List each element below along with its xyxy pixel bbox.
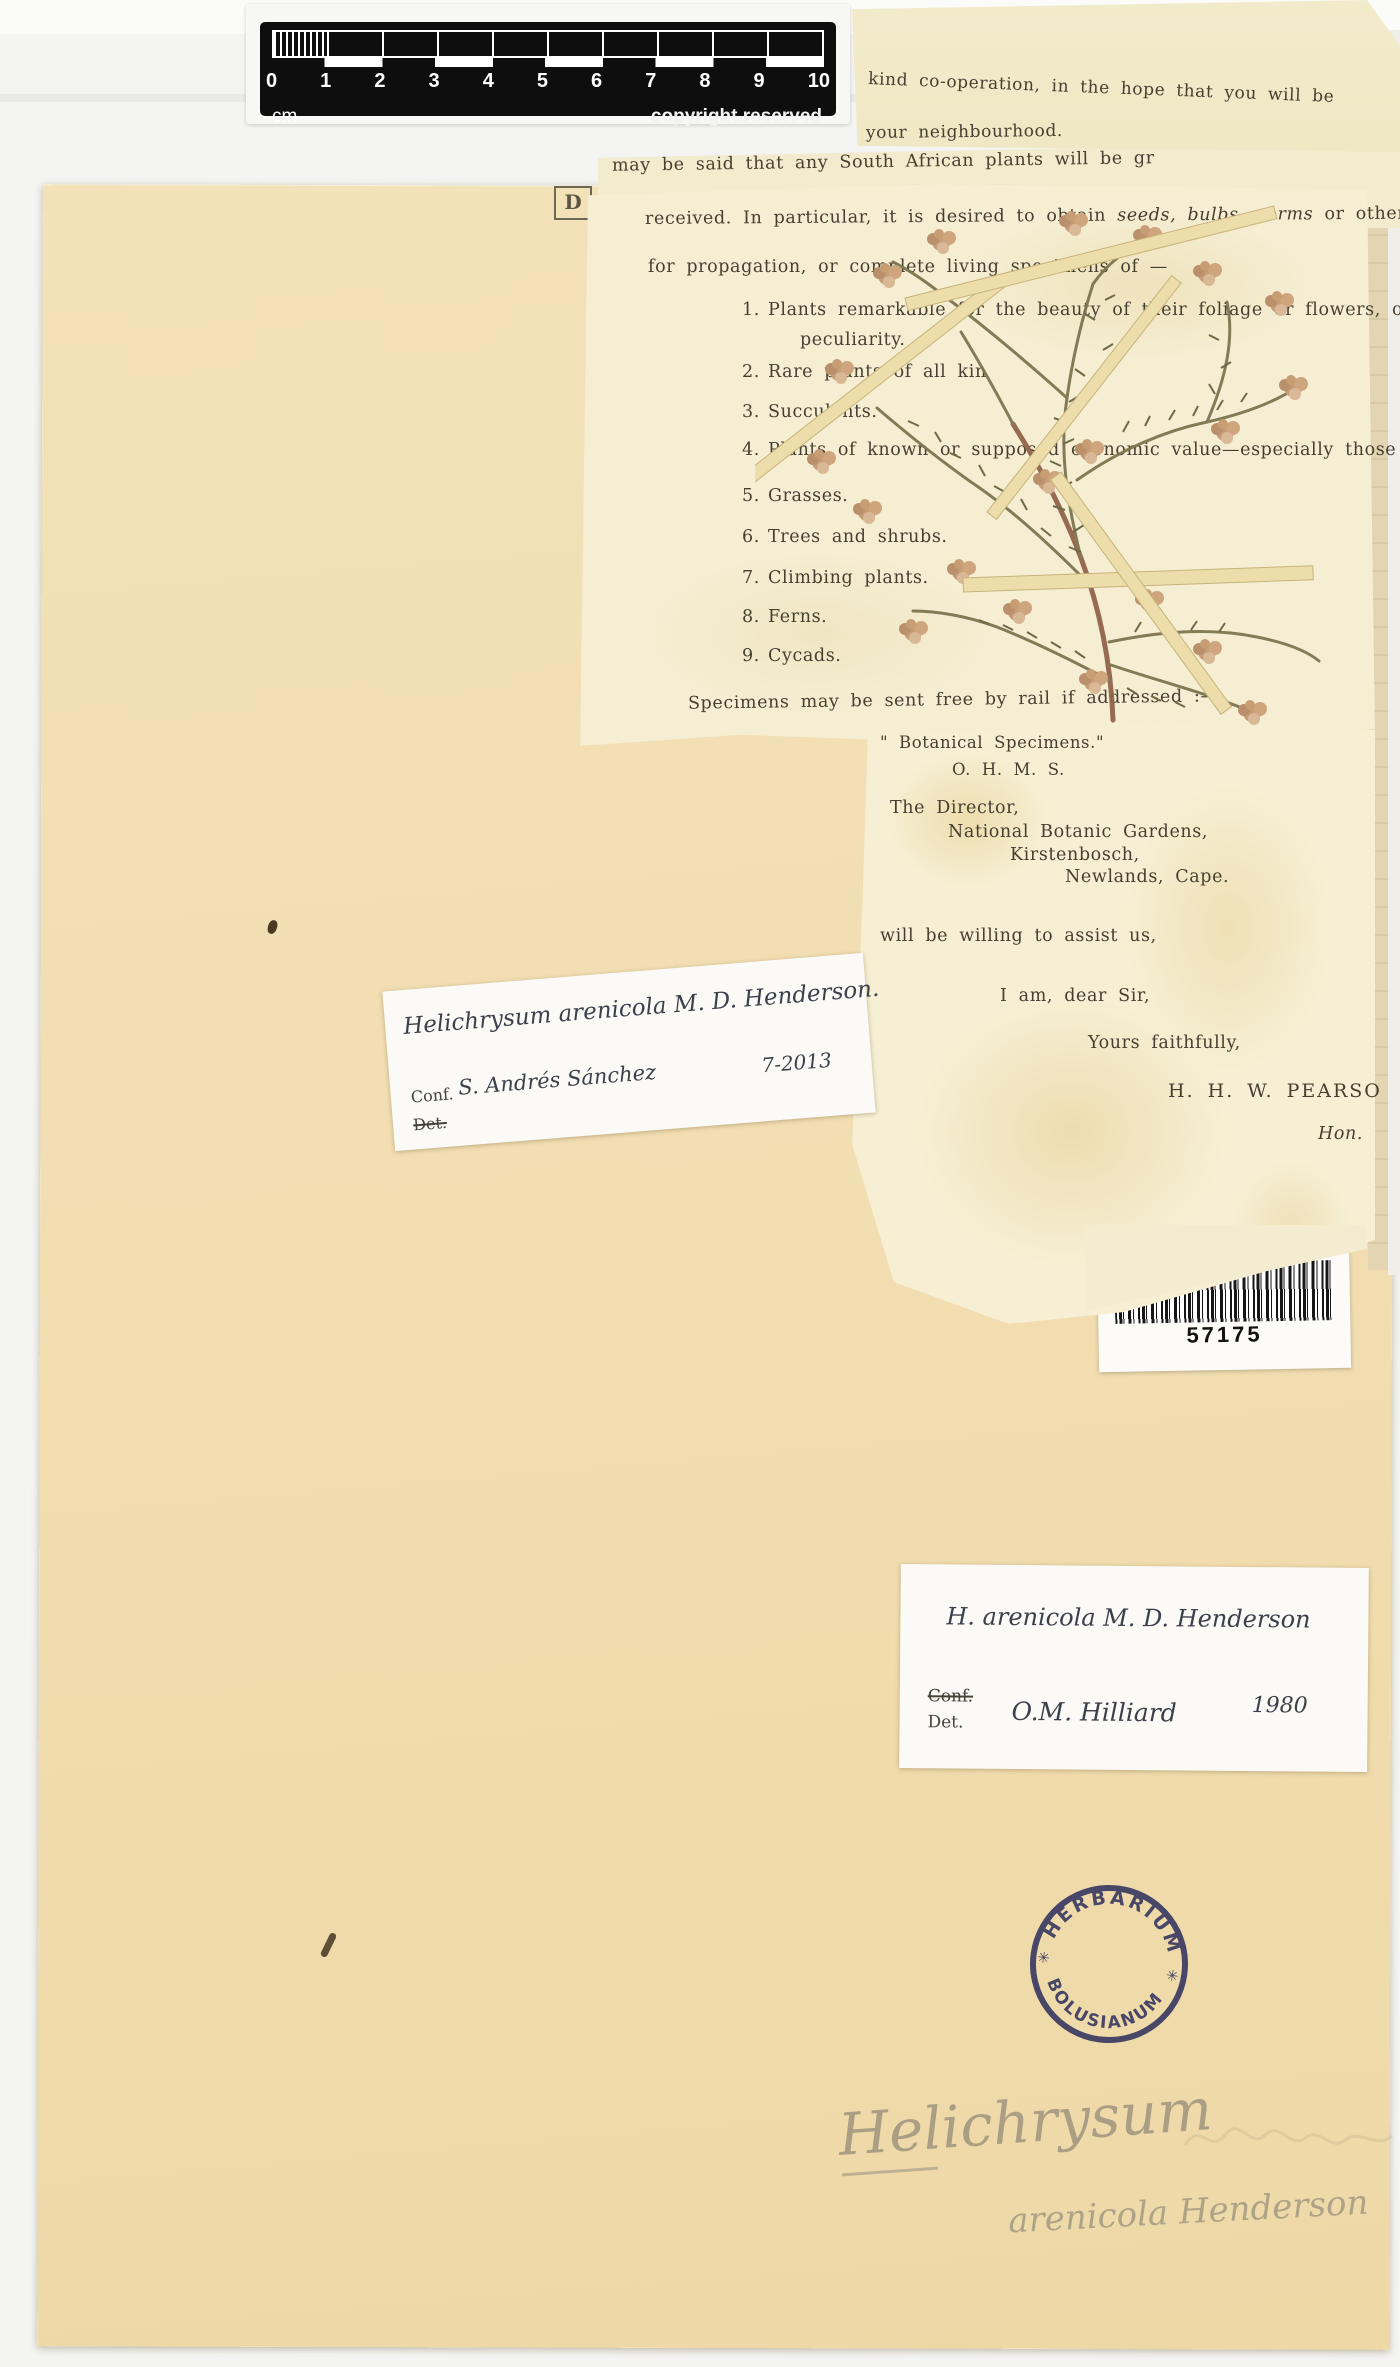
- ruler-unit-label: cm: [272, 106, 297, 128]
- letter-faithfully: Yours faithfully,: [1088, 1033, 1241, 1053]
- ruler-tick: 9: [754, 70, 765, 93]
- det2013-det-label: Det.: [412, 1113, 447, 1135]
- det2013-conf-label: Conf.: [410, 1084, 454, 1106]
- herbarium-stamp: HERBARIUM BOLUSIANUM ✳ ✳: [1012, 1867, 1206, 2061]
- det-label-1980: H. arenicola M. D. Henderson Conf. Det. …: [899, 1564, 1369, 1772]
- det1980-species: H. arenicola M. D. Henderson: [946, 1602, 1310, 1633]
- address-quote: " Botanical Specimens.": [880, 733, 1104, 752]
- address-newlands: Newlands, Cape.: [1065, 867, 1229, 887]
- received-box-stamp: D: [554, 186, 592, 220]
- letter-fragment-line: your neighbourhood.: [866, 121, 1063, 143]
- address-ohms: O. H. M. S.: [952, 760, 1065, 779]
- plant-specimen: [755, 180, 1375, 728]
- det1980-signature: O.M. Hilliard: [1011, 1697, 1176, 1727]
- plant-stems: [877, 240, 1319, 720]
- scale-ruler: 0 1 2 3 4 5 6 7 8 9 10 cm copyright rese…: [260, 22, 836, 116]
- ruler-tick: 4: [483, 70, 494, 93]
- ruler-half-cm-row: [272, 58, 824, 67]
- mounting-strips: [755, 206, 1313, 714]
- ruler-numbers: 0 1 2 3 4 5 6 7 8 9 10: [266, 70, 830, 93]
- copyright-label: copyright reserved: [651, 106, 822, 128]
- ruler-tick: 8: [699, 70, 710, 93]
- det2013-conf-by: S. Andrés Sánchez: [457, 1060, 657, 1100]
- ruler-tick: 10: [808, 70, 830, 93]
- stamp-star-left: ✳: [1036, 1948, 1051, 1968]
- ruler-tick: 0: [266, 70, 277, 93]
- stamp-star-right: ✳: [1165, 1966, 1180, 1986]
- address-gardens: National Botanic Gardens,: [948, 822, 1208, 842]
- flower-clusters: [807, 211, 1308, 725]
- det1980-year: 1980: [1252, 1693, 1308, 1718]
- herbarium-photo: 0 1 2 3 4 5 6 7 8 9 10 cm copyright rese…: [0, 0, 1400, 2367]
- det2013-species: Helichrysum arenicola M. D. Henderson.: [402, 976, 880, 1040]
- barcode-number: 57175: [1098, 1320, 1350, 1350]
- svg-text:HERBARIUM: HERBARIUM: [1038, 1877, 1193, 1960]
- ruler-tick: 5: [537, 70, 548, 93]
- ruler-tick: 1: [320, 70, 331, 93]
- det2013-date: 7-2013: [761, 1048, 833, 1078]
- ruler-tick: 2: [374, 70, 385, 93]
- letter-hon: Hon.: [1318, 1124, 1363, 1144]
- det1980-conf-label: Conf.: [928, 1686, 973, 1706]
- letter-signature: H. H. W. PEARSO: [1168, 1080, 1382, 1102]
- ruler-mm-cell: [272, 30, 327, 58]
- erased-scribble: [1180, 2100, 1400, 2170]
- letter-willing-line: will be willing to assist us,: [880, 926, 1157, 946]
- address-kirstenbosch: Kirstenbosch,: [1010, 845, 1140, 865]
- letter-dear-sir: I am, dear Sir,: [1000, 986, 1150, 1006]
- det1980-det-label: Det.: [927, 1712, 963, 1732]
- ruler-checker-row: [272, 30, 824, 58]
- ruler-tick: 7: [645, 70, 656, 93]
- ruler-tick: 3: [429, 70, 440, 93]
- address-director: The Director,: [890, 798, 1019, 818]
- stamp-arc-top: HERBARIUM: [1038, 1877, 1193, 1960]
- ruler-tick: 6: [591, 70, 602, 93]
